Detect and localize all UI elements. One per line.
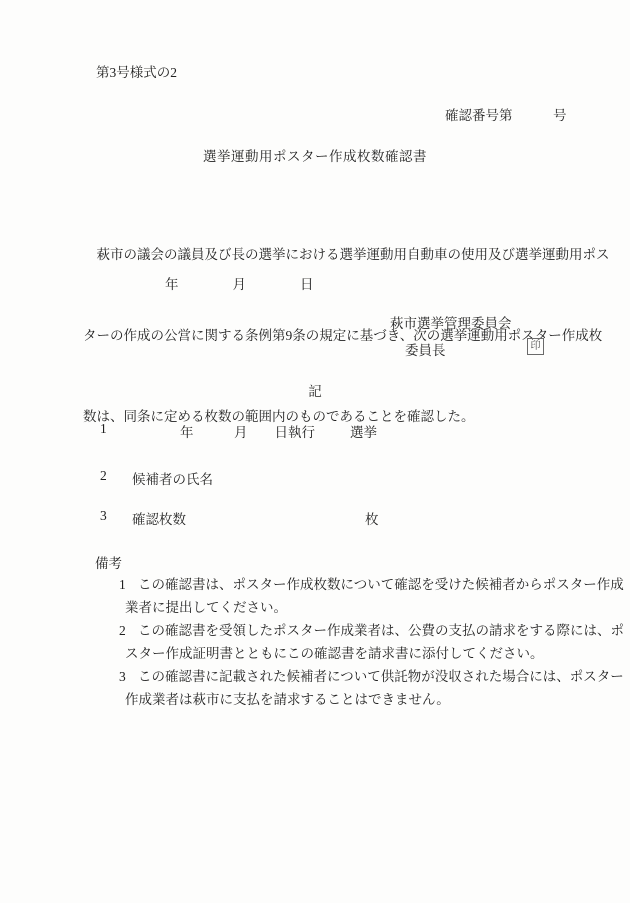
remark-item: 1 この確認書は、ポスター作成枚数について確認を受けた候補者からポスター作成 業… — [119, 573, 589, 619]
list-item-confirmed-count: 3 確認枚数 枚 — [0, 508, 630, 528]
confirmation-number: 確認番号第 号 — [445, 104, 567, 124]
record-heading: 記 — [0, 380, 630, 400]
list-item-election-date: 1 年 月 日執行 選挙 — [0, 421, 630, 441]
remarks-heading: 備考 — [95, 552, 122, 572]
item-election-date-blank: 年 月 日執行 — [180, 421, 315, 441]
item-election-label: 選挙 — [350, 421, 377, 441]
list-item-candidate-name: 2 候補者の氏名 — [0, 468, 630, 488]
page-title: 選挙運動用ポスター作成枚数確認書 — [0, 145, 630, 165]
item-confirmed-count-label: 確認枚数 — [132, 508, 186, 528]
remark-line: この確認書は、ポスター作成枚数について確認を受けた候補者からポスター作成 — [138, 573, 624, 596]
item-number: 2 — [100, 468, 107, 484]
remark-line: 業者に提出してください。 — [125, 596, 624, 619]
remark-item: 2 この確認書を受領したポスター作成業者は、公費の支払の請求をする際には、ポ ス… — [119, 619, 589, 665]
chairperson-label: 委員長 — [405, 339, 446, 359]
body-line: 萩市の議会の議員及び長の選挙における選挙運動用自動車の使用及び選挙運動用ポス — [83, 241, 583, 268]
committee-name: 萩市選挙管理委員会 — [390, 312, 512, 332]
remark-item: 3 この確認書に記載された候補者について供託物が没収された場合には、ポスター 作… — [119, 665, 589, 711]
remark-text: この確認書に記載された候補者について供託物が没収された場合には、ポスター 作成業… — [138, 665, 624, 711]
form-number: 第3号様式の2 — [96, 61, 177, 81]
remark-text: この確認書を受領したポスター作成業者は、公費の支払の請求をする際には、ポ スター… — [138, 619, 624, 665]
remark-text: この確認書は、ポスター作成枚数について確認を受けた候補者からポスター作成 業者に… — [138, 573, 624, 619]
item-number: 3 — [100, 508, 107, 524]
item-count-unit: 枚 — [365, 508, 379, 528]
item-number: 1 — [100, 421, 107, 437]
remarks-section: 1 この確認書は、ポスター作成枚数について確認を受けた候補者からポスター作成 業… — [119, 573, 589, 711]
remark-line: スター作成証明書とともにこの確認書を請求書に添付してください。 — [125, 642, 624, 665]
document-page: 第3号様式の2 確認番号第 号 選挙運動用ポスター作成枚数確認書 萩市の議会の議… — [0, 0, 630, 903]
remark-line: 作成業者は萩市に支払を請求することはできません。 — [125, 688, 624, 711]
item-candidate-name-label: 候補者の氏名 — [132, 468, 213, 488]
seal-mark: 印 — [527, 338, 544, 355]
remark-line: この確認書に記載された候補者について供託物が没収された場合には、ポスター — [138, 665, 624, 688]
date-line: 年 月 日 — [165, 273, 314, 293]
remark-line: この確認書を受領したポスター作成業者は、公費の支払の請求をする際には、ポ — [138, 619, 624, 642]
